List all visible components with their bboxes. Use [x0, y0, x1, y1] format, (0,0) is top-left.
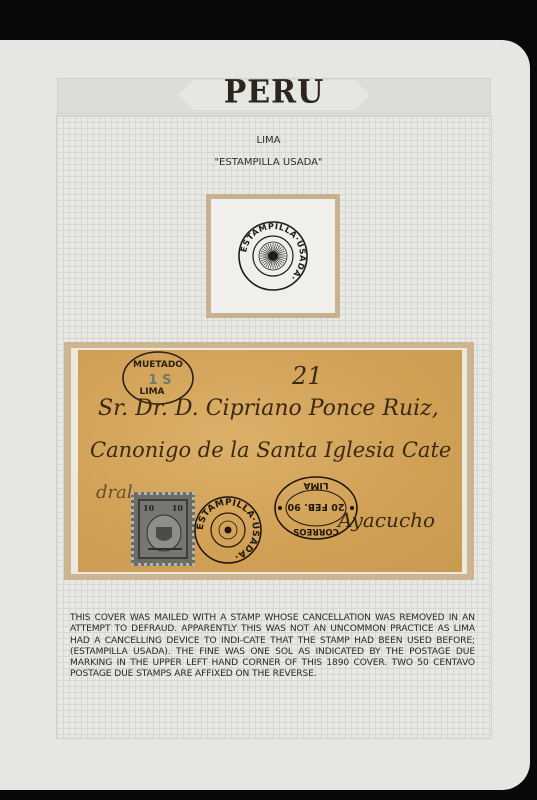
subtitle: "ESTAMPILLA USADA"	[0, 157, 537, 168]
address-line-2: Canonigo de la Santa Iglesia Cate	[90, 438, 451, 462]
svg-text:1 S: 1 S	[149, 373, 172, 388]
estampilla-usada-cancel-icon: ESTAMPILLA·USADA·	[211, 199, 335, 313]
svg-text:LIMA: LIMA	[303, 480, 328, 490]
docket-number: 21	[292, 362, 323, 390]
lima-postmark: LIMA 20 FEB. 90 CORREOS	[272, 474, 360, 542]
coat-of-arms-icon	[140, 509, 190, 565]
address-line-3: dral	[96, 482, 133, 503]
peru-10c-stamp: 10 10	[131, 492, 195, 566]
description-caption: THIS COVER WAS MAILED WITH A STAMP WHOSE…	[70, 613, 475, 681]
address-line-1: Sr. Dr. D. Cipriano Ponce Ruiz,	[98, 396, 439, 421]
cancel-device-card: ESTAMPILLA·USADA·	[211, 199, 335, 313]
page-title: PERU	[178, 74, 370, 111]
cancel-device-mount: ESTAMPILLA·USADA·	[206, 194, 340, 318]
svg-text:MUETADO: MUETADO	[133, 360, 183, 370]
location-heading: LIMA	[0, 135, 537, 146]
svg-text:20 FEB. 90: 20 FEB. 90	[287, 501, 344, 512]
stamp-frame: 10 10	[138, 499, 188, 559]
svg-text:CORREOS: CORREOS	[293, 526, 339, 536]
estampilla-cancel-on-cover: ESTAMPILLA·USADA·	[192, 494, 264, 566]
